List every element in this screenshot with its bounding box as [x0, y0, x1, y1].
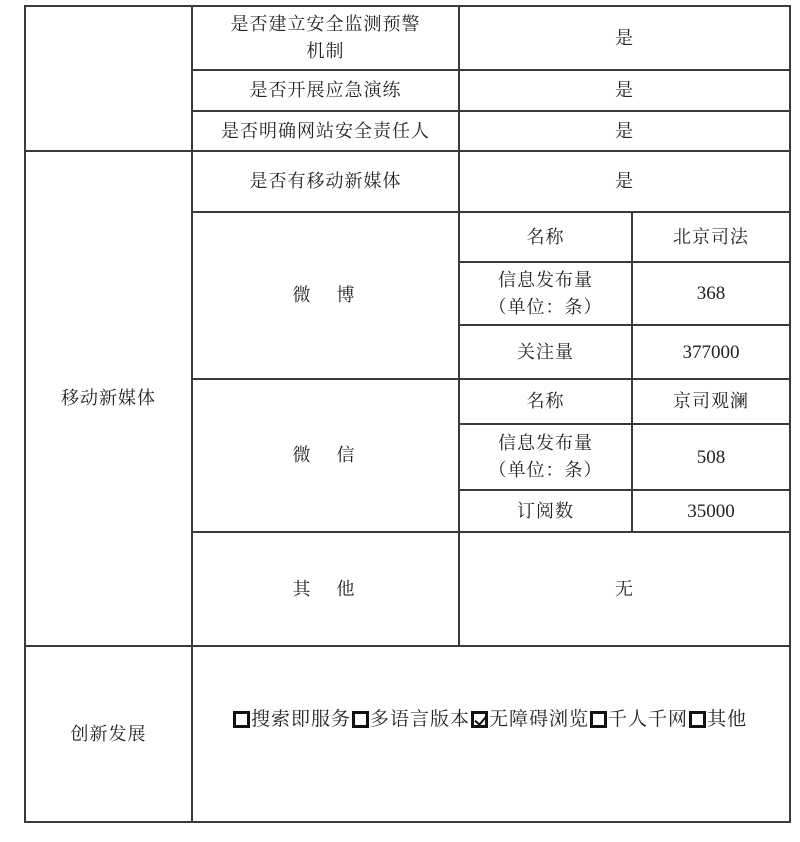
- checkbox-other[interactable]: [689, 711, 706, 728]
- checkbox-search-service[interactable]: [233, 711, 250, 728]
- section-label-mobile-media: 移动新媒体: [26, 152, 191, 645]
- weibo-posts-label: 信息发布量 （单位：条）: [460, 263, 631, 324]
- other-media-value: 无: [460, 533, 789, 645]
- security-value-monitoring: 是: [460, 7, 789, 69]
- other-media-label: 其 他: [193, 533, 458, 645]
- label-line: （单位：条）: [489, 294, 603, 321]
- security-label-responsible: 是否明确网站安全责任人: [193, 112, 458, 150]
- checkbox-personalized[interactable]: [590, 711, 607, 728]
- option-label: 无障碍浏览: [489, 706, 589, 733]
- label-line: 机制: [307, 38, 345, 65]
- has-mobile-label: 是否有移动新媒体: [193, 152, 458, 211]
- table-border-right: [789, 5, 791, 823]
- weixin-name-value: 京司观澜: [633, 380, 789, 423]
- security-value-responsible: 是: [460, 112, 789, 150]
- security-label-drill: 是否开展应急演练: [193, 71, 458, 110]
- label-line: （单位：条）: [489, 457, 603, 484]
- weixin-subscribers-value: 35000: [633, 491, 789, 531]
- checkbox-accessibility[interactable]: [471, 711, 488, 728]
- weixin-posts-label: 信息发布量 （单位：条）: [460, 425, 631, 489]
- weibo-posts-value: 368: [633, 263, 789, 324]
- section-label-innovation: 创新发展: [26, 647, 191, 821]
- security-label-monitoring: 是否建立安全监测预警 机制: [193, 7, 458, 69]
- weixin-name-label: 名称: [460, 380, 631, 423]
- option-label: 其他: [707, 706, 747, 733]
- has-mobile-value: 是: [460, 152, 789, 211]
- option-label: 千人千网: [608, 706, 688, 733]
- option-label: 多语言版本: [370, 706, 470, 733]
- security-value-drill: 是: [460, 71, 789, 110]
- table-border-bottom: [25, 821, 791, 823]
- weixin-label: 微 信: [193, 380, 458, 531]
- weibo-label: 微 博: [193, 213, 458, 378]
- label-line: 是否建立安全监测预警: [231, 11, 421, 38]
- weibo-name-value: 北京司法: [633, 213, 789, 261]
- weibo-followers-value: 377000: [633, 326, 789, 378]
- weixin-subscribers-label: 订阅数: [460, 491, 631, 531]
- label-line: 信息发布量: [498, 430, 593, 457]
- weixin-posts-value: 508: [633, 425, 789, 489]
- label-line: 信息发布量: [498, 267, 593, 294]
- weibo-name-label: 名称: [460, 213, 631, 261]
- innovation-options: 搜索即服务多语言版本无障碍浏览千人千网其他: [193, 647, 789, 791]
- option-label: 搜索即服务: [251, 706, 351, 733]
- checkbox-multilingual[interactable]: [352, 711, 369, 728]
- weibo-followers-label: 关注量: [460, 326, 631, 378]
